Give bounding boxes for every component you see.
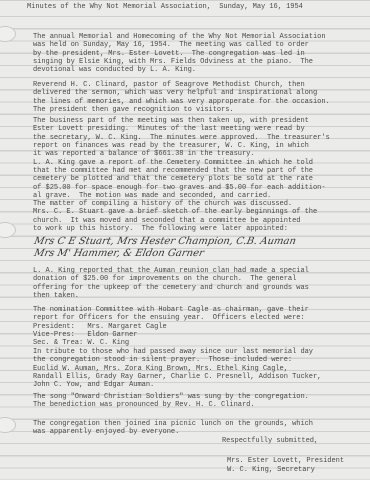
paragraph-7-line: In tribute to those who had passed away … — [33, 348, 313, 356]
paragraph-5-line: offering for the upkeep of the cemetery … — [33, 284, 309, 292]
paragraph-3-line: Ester Lovett presiding. Minutes of the l… — [33, 125, 305, 133]
paragraph-1-line: by the president, Mrs. Ester Lovett. The… — [33, 50, 305, 58]
paragraph-2-line: the lines of memories, and which was ver… — [33, 98, 330, 106]
paragraph-4-line: Mrs. C. E. Stuart gave a brief sketch of… — [33, 208, 317, 216]
paragraph-7-line: Euclid W. Auman, Mrs. Zora King Brown, M… — [33, 365, 288, 373]
punch-hole — [0, 417, 16, 433]
paragraph-5-line: L. A. King reported that the Auman reuni… — [33, 267, 309, 275]
paragraph-9-line: The congregation then joined ina picnic … — [33, 420, 313, 428]
signature-secretary: W. C. King, Secretary — [227, 466, 315, 474]
paragraph-8-line: The benediction was pronounced by Rev. H… — [33, 401, 254, 409]
paragraph-5-line: then taken. — [33, 292, 79, 300]
paragraph-7-line: the congregation stood in silent prayer.… — [33, 356, 292, 364]
paragraph-4-line: The matter of compiling a history of the… — [33, 200, 292, 208]
signature-president: Mrs. Ester Lovett, President — [227, 457, 344, 465]
paragraph-7-line: John C. Yow, and Edgar Auman. — [33, 381, 154, 389]
paragraph-4-line: to work up this history. The following w… — [33, 225, 288, 233]
paragraph-9-line: was apparently enjoyed by everyone. — [33, 428, 179, 436]
paragraph-3-line: L. A. King gave a report of the Cemetery… — [33, 159, 313, 167]
punch-hole — [0, 222, 16, 238]
paragraph-1-line: devotional was conducted by L. A. King. — [33, 66, 196, 74]
handwritten-appointees-line-2: Mrs M' Hammer, & Eldon Garner — [33, 248, 205, 260]
paragraph-6-line: Vice-Pres: Eldon Garner — [33, 331, 137, 339]
paragraph-2-line: Reverend H. C. Clinard, pastor of Seagro… — [33, 81, 305, 89]
closing-text: Respectfully submitted, — [222, 437, 318, 445]
paragraph-6-line: President: Mrs. Margaret Cagle — [33, 323, 167, 331]
paragraph-8-line: The song "Onward Christian Soldiers" was… — [33, 393, 309, 401]
paragraph-2-line: delivered the sermon, which was very hel… — [33, 89, 317, 97]
paragraph-1-line: The annual Memorial and Homecoming of th… — [33, 33, 326, 41]
paragraph-1-line: was held on Sunday, May 16, 1954. The me… — [33, 41, 309, 49]
paragraph-3-line: it was reported a balance of $661.38 in … — [33, 150, 254, 158]
paragraph-3-line: that the committee had met and recommend… — [33, 167, 313, 175]
handwritten-appointees-line-1: Mrs C E Stuart, Mrs Hester Champion, C.B… — [33, 236, 297, 248]
paragraph-4-line: church. It was moved and seconded that a… — [33, 217, 300, 225]
paragraph-2-line: The president then gave recognition to v… — [33, 106, 234, 114]
paragraph-3-line: report on finances was read by the treas… — [33, 142, 309, 150]
paragraph-3-line: of $25.00 for space enough for two grave… — [33, 184, 326, 192]
paragraph-3-line: The business part of the meeting was the… — [33, 117, 309, 125]
paragraph-7-line: Randall Ellis, Grady Ray Garner, Charlie… — [33, 373, 321, 381]
paragraph-6-line: Sec. & Trea: W. C. King — [33, 339, 129, 347]
paragraph-6-line: The nomination Committee with Hobart Cag… — [33, 306, 309, 314]
paragraph-3-line: cemetery be plotted and that the cemeter… — [33, 175, 313, 183]
paragraph-1-line: singing by Elsie King, with Mrs. Fields … — [33, 58, 313, 66]
paragraph-5-line: donation of $25.00 for improvements on t… — [33, 275, 296, 283]
paragraph-6-line: report for Officers for the ensuing year… — [33, 314, 305, 322]
typed-document-page: Minutes of the Why Not Memorial Associat… — [0, 0, 370, 480]
paragraph-3-line: the secretary, W. C. King. The minutes w… — [33, 134, 330, 142]
document-title: Minutes of the Why Not Memorial Associat… — [27, 3, 303, 11]
punch-hole — [0, 26, 16, 42]
